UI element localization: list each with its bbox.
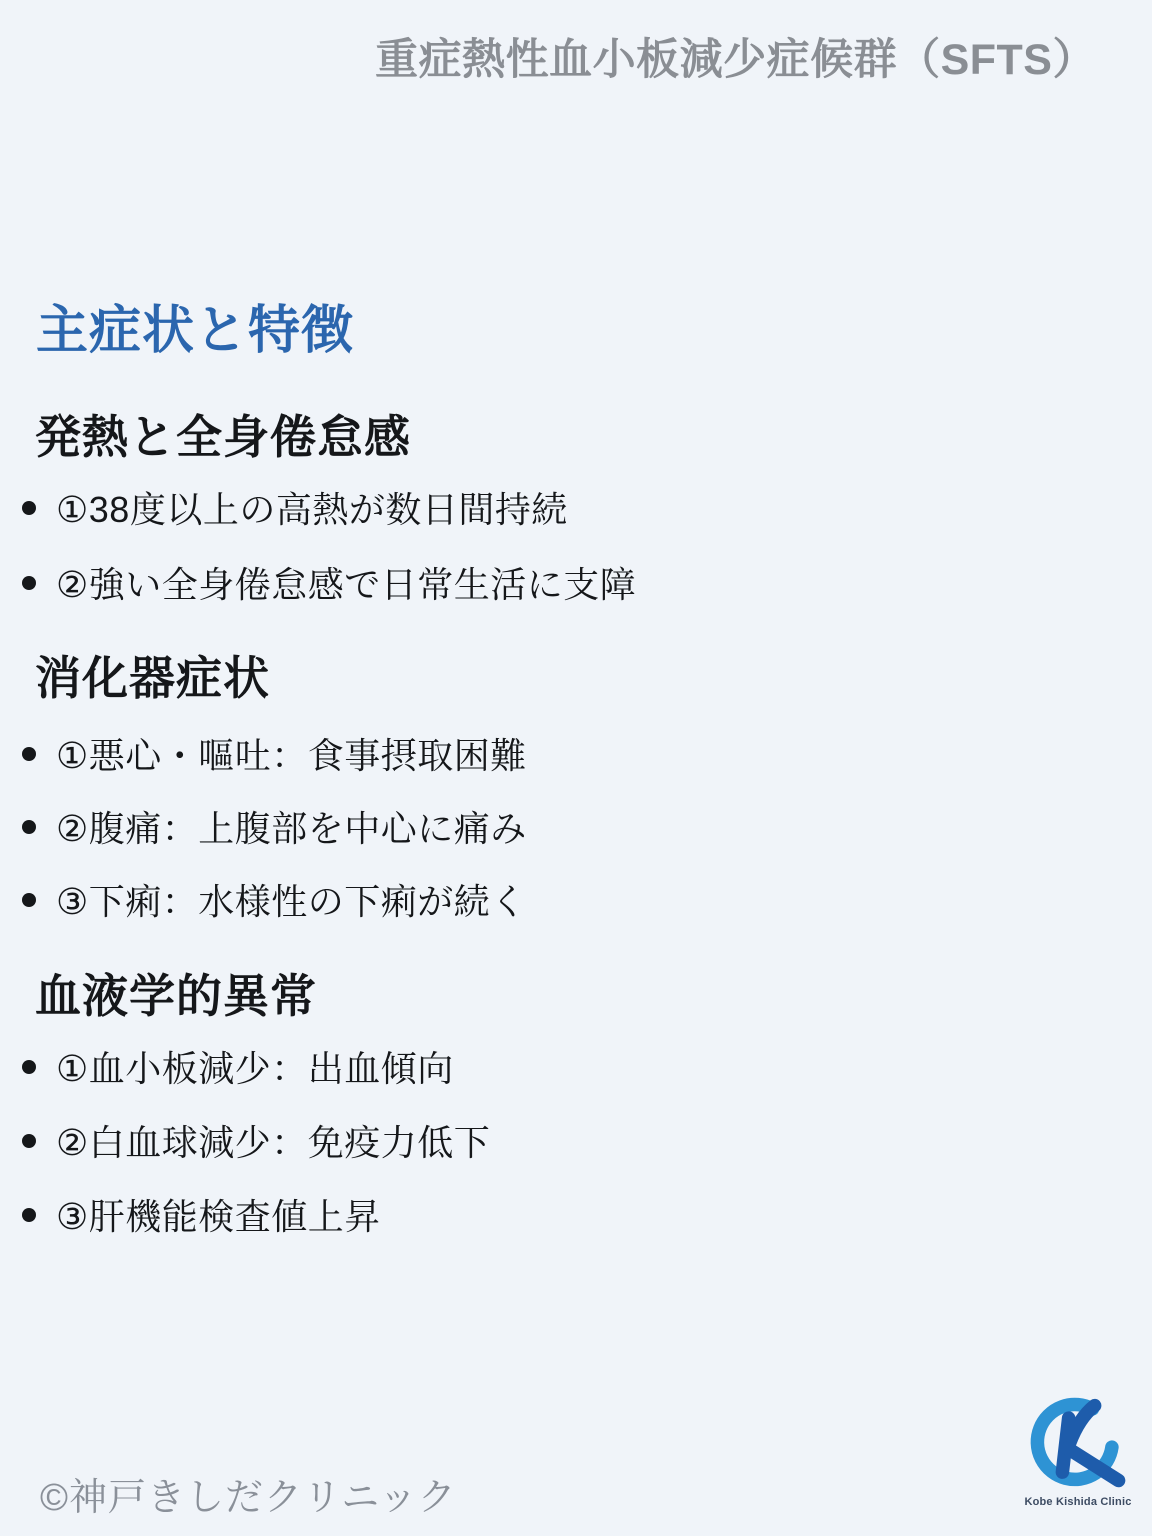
list-item-text: ①38度以上の高熱が数日間持続	[56, 482, 568, 533]
section-heading-hematologic: 血液学的異常	[35, 960, 317, 1026]
logo-caption: Kobe Kishida Clinic	[1022, 1496, 1134, 1508]
list-item-text: ③下痢：水様性の下痢が続く	[56, 874, 527, 925]
k-in-circle-logo-icon	[1026, 1390, 1130, 1494]
list-item: ③肝機能検査値上昇	[22, 1189, 381, 1240]
list-item: ③下痢：水様性の下痢が続く	[22, 874, 527, 925]
main-heading: 主症状と特徴	[36, 288, 354, 363]
bullet-icon	[22, 501, 36, 515]
bullet-icon	[22, 1134, 36, 1148]
list-item-text: ③肝機能検査値上昇	[56, 1189, 381, 1240]
bullet-icon	[22, 820, 36, 834]
list-item: ②腹痛：上腹部を中心に痛み	[22, 801, 527, 852]
bullet-icon	[22, 893, 36, 907]
bullet-icon	[22, 1208, 36, 1222]
bullet-icon	[22, 1060, 36, 1074]
bullet-icon	[22, 576, 36, 590]
page-title: 重症熱性血小板減少症候群（SFTS）	[375, 26, 1096, 87]
bullet-icon	[22, 747, 36, 761]
list-item-text: ①血小板減少：出血傾向	[56, 1041, 454, 1092]
list-item-text: ①悪心・嘔吐：食事摂取困難	[56, 728, 527, 779]
slide: 重症熱性血小板減少症候群（SFTS） 主症状と特徴 発熱と全身倦怠感 ①38度以…	[0, 0, 1152, 1536]
list-item: ①悪心・嘔吐：食事摂取困難	[22, 728, 527, 779]
list-item-text: ②白血球減少：免疫力低下	[56, 1115, 490, 1166]
list-item: ①血小板減少：出血傾向	[22, 1041, 454, 1092]
clinic-logo: Kobe Kishida Clinic	[1022, 1390, 1134, 1508]
section-heading-digestive: 消化器症状	[35, 642, 270, 708]
list-item: ①38度以上の高熱が数日間持続	[22, 482, 568, 533]
list-item-text: ②強い全身倦怠感で日常生活に支障	[56, 557, 636, 608]
list-item: ②強い全身倦怠感で日常生活に支障	[22, 557, 636, 608]
list-item: ②白血球減少：免疫力低下	[22, 1115, 490, 1166]
section-heading-fever-fatigue: 発熱と全身倦怠感	[35, 401, 411, 467]
list-item-text: ②腹痛：上腹部を中心に痛み	[56, 801, 527, 852]
copyright: ©神戸きしだクリニック	[40, 1466, 457, 1521]
